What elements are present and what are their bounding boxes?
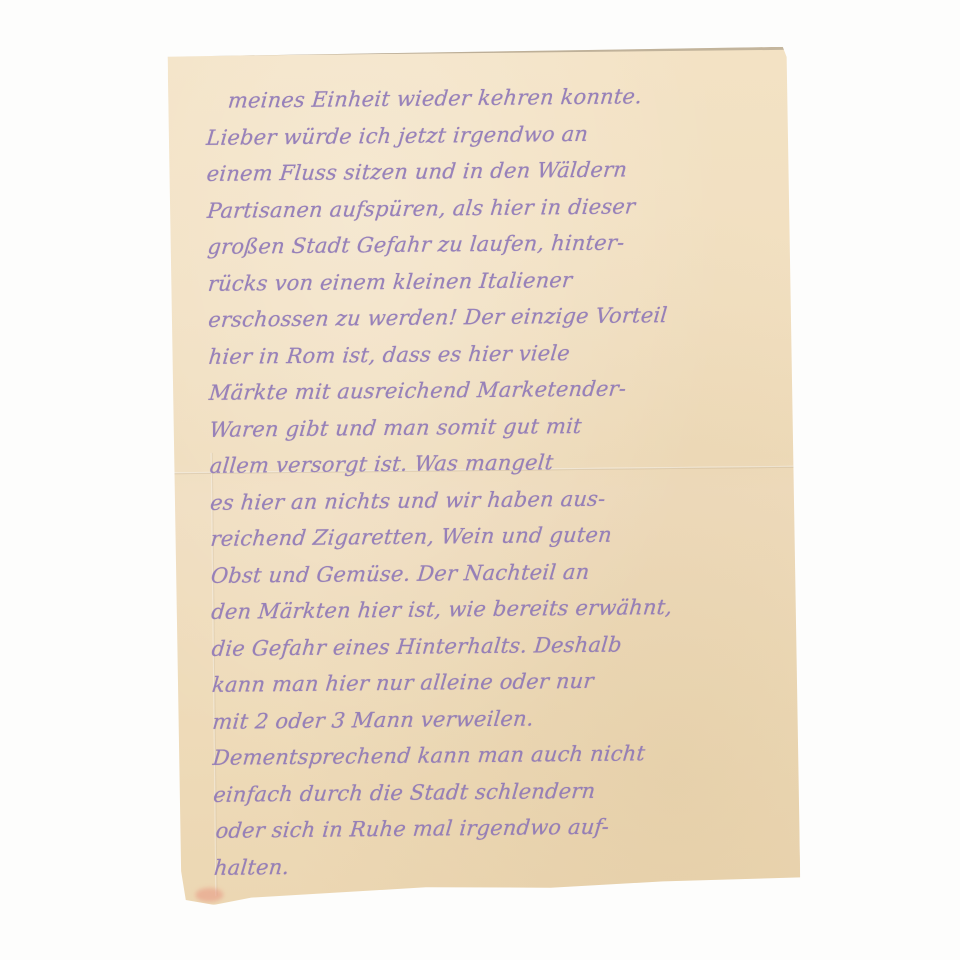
text-line: einem Fluss sitzen und in den Wäldern [205,150,768,192]
corner-stain [195,887,223,901]
text-line: hier in Rom ist, dass es hier viele [207,332,770,374]
text-line: Märkte mit ausreichend Marketender- [207,369,770,411]
text-line: rücks von einem kleinen Italiener [206,259,769,301]
text-line: Partisanen aufspüren, als hier in dieser [205,187,768,229]
text-line: großen Stadt Gefahr zu laufen, hinter- [206,223,769,265]
text-line: Waren gibt und man somit gut mit [208,405,771,447]
text-line: einfach durch die Stadt schlendern [212,770,775,812]
text-line: kann man hier nur alleine oder nur [210,661,773,703]
handwritten-text: meines Einheit wieder kehren konnte. Lie… [206,77,774,886]
text-line: die Gefahr eines Hinterhalts. Deshalb [210,624,773,666]
letter-sheet: meines Einheit wieder kehren konnte. Lie… [168,47,801,905]
text-line: Obst und Gemüse. Der Nachteil an [209,551,772,593]
photo-background: meines Einheit wieder kehren konnte. Lie… [0,0,960,960]
text-line: oder sich in Ruhe mal irgendwo auf- [212,807,775,849]
text-line: allem versorgt ist. Was mangelt [208,442,771,484]
text-line: halten. [212,843,775,885]
text-line: Dementsprechend kann man auch nicht [211,734,774,776]
text-line: mit 2 oder 3 Mann verweilen. [211,697,774,739]
paper-top-edge [168,47,792,57]
text-line: reichend Zigaretten, Wein und guten [209,515,772,557]
text-line: Lieber würde ich jetzt irgendwo an [205,114,768,156]
text-line: es hier an nichts und wir haben aus- [209,478,772,520]
text-line: meines Einheit wieder kehren konnte. [204,77,767,119]
text-line: erschossen zu werden! Der einzige Vortei… [207,296,770,338]
text-line: den Märkten hier ist, wie bereits erwähn… [210,588,773,630]
